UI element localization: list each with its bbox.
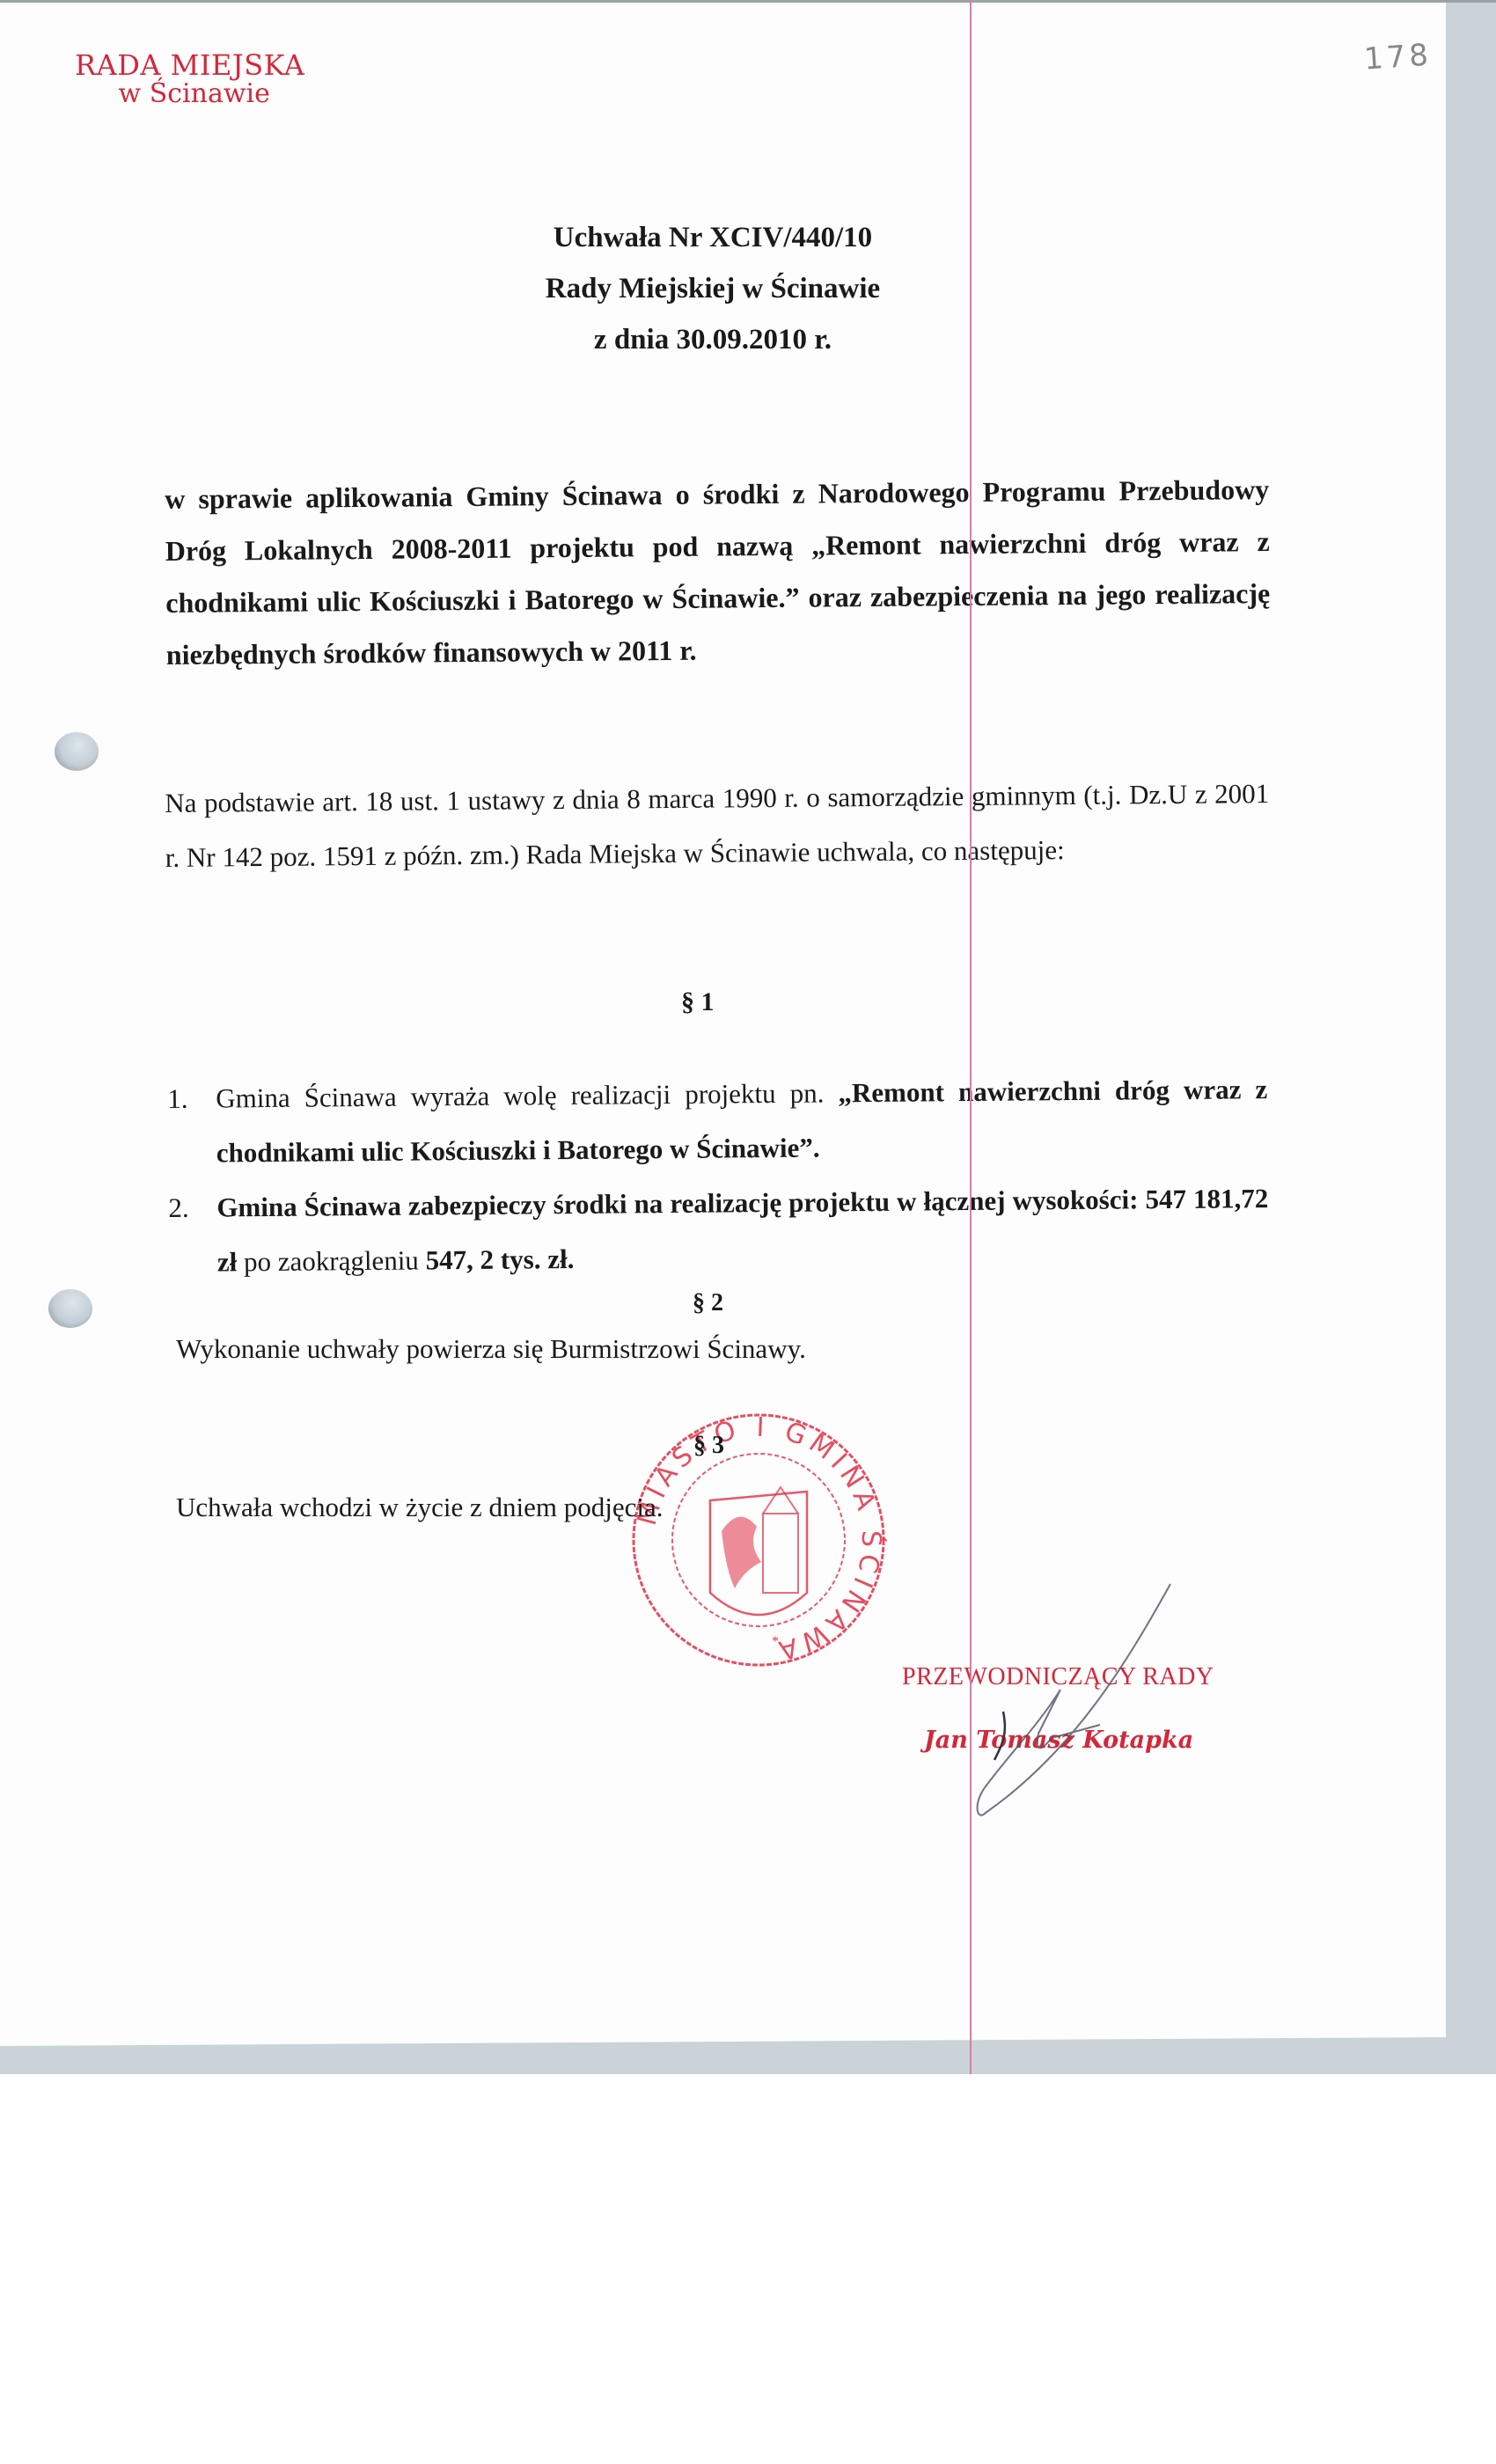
legal-basis: Na podstawie art. 18 ust. 1 ustawy z dni…	[165, 766, 1270, 885]
svg-text:MIASTO I GMINA ŚCINAWA: MIASTO I GMINA ŚCINAWA	[632, 1412, 888, 1667]
list-item: 2. Gmina Ścinawa zabezpieczy środki na r…	[168, 1171, 1269, 1290]
resolution-subject: w sprawie aplikowania Gminy Ścinawa o śr…	[165, 464, 1271, 681]
item-number: 1.	[167, 1072, 188, 1126]
council-header-stamp: RADA MIEJSKA w Ścinawie	[75, 48, 304, 109]
stamp-line-1: RADA MIEJSKA	[75, 48, 304, 82]
punch-hole-icon	[55, 732, 99, 771]
section-3-text: Uchwała wchodzi w życie z dniem podjęcia…	[176, 1492, 663, 1523]
resolution-issuer: Rady Miejskiej w Ścinawie	[0, 273, 1426, 305]
official-seal-icon: MIASTO I GMINA ŚCINAWA *	[627, 1408, 891, 1672]
punch-hole-icon	[48, 1289, 92, 1328]
handwritten-signature-icon	[950, 1558, 1179, 1822]
item-text: Gmina Ścinawa wyraża wolę realizacji pro…	[216, 1077, 838, 1113]
section-2-heading: § 2	[693, 1289, 723, 1317]
section-2-text: Wykonanie uchwały powierza się Burmistrz…	[176, 1333, 806, 1365]
scanned-page: RADA MIEJSKA w Ścinawie 178 Uchwała Nr X…	[0, 0, 1496, 2074]
section-3-heading: § 3	[693, 1432, 724, 1460]
scan-artifact-line	[970, 0, 972, 2074]
section-1-heading: § 1	[681, 987, 715, 1017]
handwritten-page-number: 178	[1363, 37, 1434, 77]
resolution-date: z dnia 30.09.2010 r.	[0, 324, 1426, 356]
svg-text:*: *	[772, 1634, 779, 1649]
item-number: 2.	[168, 1181, 189, 1236]
stamp-line-2: w Ścinawie	[75, 78, 304, 109]
paper-sheet	[0, 0, 1446, 2046]
scan-top-edge	[0, 0, 1496, 3]
rounded-amount: 547, 2 tys. zł.	[425, 1243, 574, 1275]
section-1-items: 1. Gmina Ścinawa wyraża wolę realizacji …	[167, 1062, 1269, 1290]
item-text: po zaokrągleniu	[237, 1244, 426, 1277]
list-item: 1. Gmina Ścinawa wyraża wolę realizacji …	[167, 1062, 1268, 1181]
resolution-number: Uchwała Nr XCIV/440/10	[0, 222, 1426, 254]
